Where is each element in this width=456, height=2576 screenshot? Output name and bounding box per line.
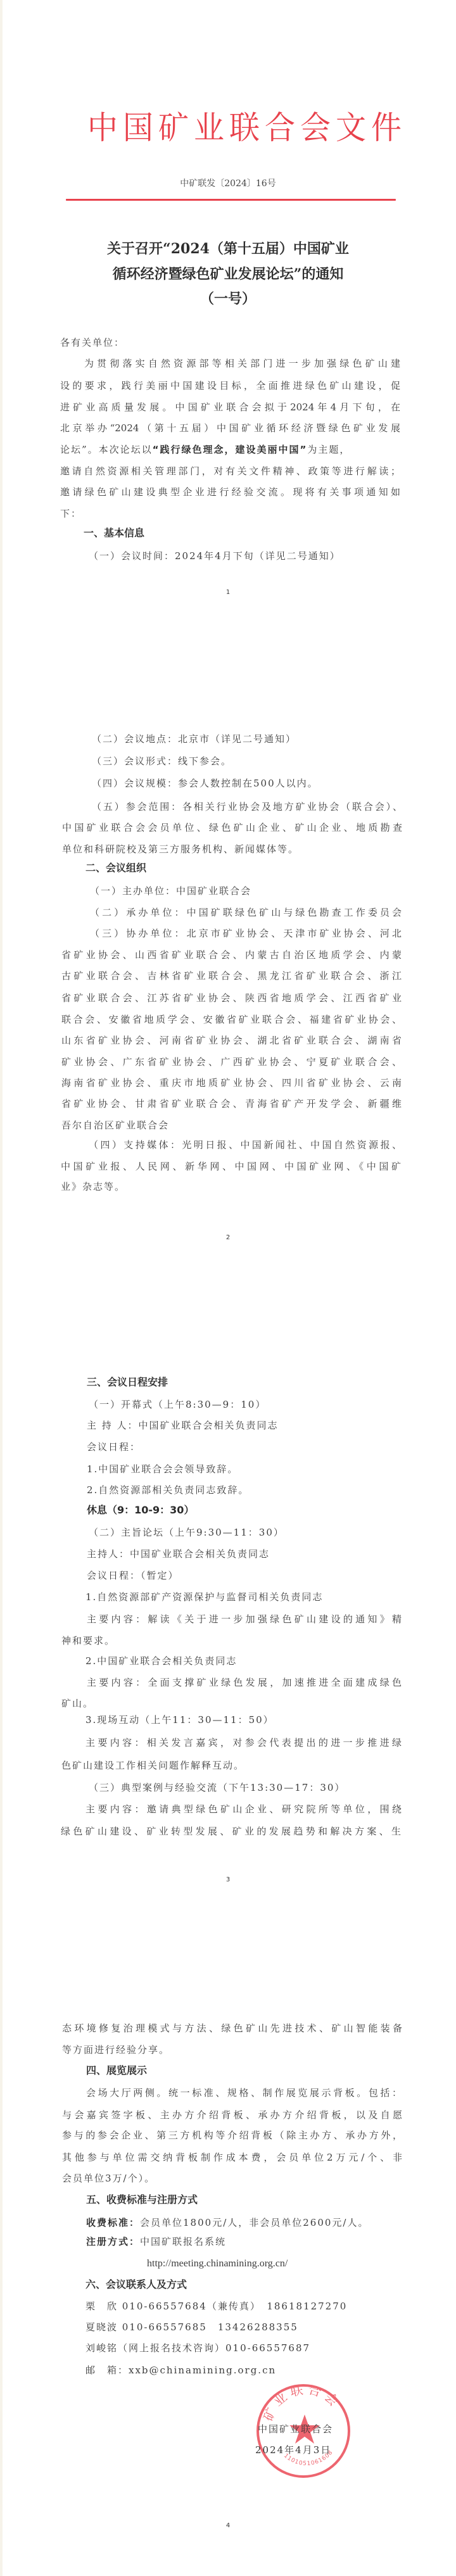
forum-theme: “践行绿色理念，建设美丽中国” [153,444,308,455]
contact-email-link[interactable]: 邮 箱：xxb@chinamining.org.cn [85,2363,276,2377]
participant-scope: （五）参会范围：各相关行业协会及地方矿业协会（联合会）、 [92,800,402,814]
document-number: 中矿联发〔2024〕16号 [0,177,456,190]
opening-agenda-label: 会议日程： [87,1440,141,1454]
case-exchange-line: 态环境修复治理模式与方法、绿色矿山先进技术、矿山智能装备 [62,2021,402,2035]
participant-scope: 中国矿业联合会会员单位、绿色矿山企业、矿山企业、地质勘查 [62,821,402,835]
fee-value: 会员单位1800元/人，非会员单位2600元/人。 [140,2217,369,2228]
intro-line: 进矿业高质量发展。中国矿业联合会拟于2024年4月下旬，在 [60,400,400,414]
salutation: 各有关单位： [60,336,125,350]
participant-scope: 单位和科研院校及第三方服务机构、新闻媒体等。 [62,842,299,856]
notice-title-line2: 循环经济暨绿色矿业发展论坛”的通知 [0,265,456,284]
co-organizer-line: 省矿业协会、甘肃省矿业联合会、青海省矿产开发学会、新疆维 [61,1097,402,1111]
notice-title-line3: （一号） [0,289,456,308]
exhibition-line: 参与的参会企业、第三方机构等介绍背板（除主办方、承办方外， [62,2128,402,2142]
section-heading-schedule: 三、会议日程安排 [87,1375,168,1389]
exhibition-line: 会员单位3万/个）。 [62,2171,155,2185]
opening-agenda-item: 1.中国矿业联合会会领导致辞。 [87,1462,238,1476]
media-line: （四）支持媒体：光明日报、中国新闻社、中国自然资源报、 [89,1138,402,1152]
keynote-item: 色矿山建设工作相关问题作解释互动。 [61,1758,244,1772]
page-number: 3 [0,1876,456,1883]
host-organization: （一）主办单位：中国矿业联合会 [90,884,251,898]
co-organizer-line: （三）协办单位：北京市矿业协会、天津市矿业协会、河北 [90,926,402,940]
meeting-scale: （四）会议规模：参会人数控制在500人以内。 [92,776,319,790]
section-heading-exhibition: 四、展览展示 [86,2064,147,2078]
fee-standard: 收费标准：会员单位1800元/人，非会员单位2600元/人。 [86,2216,369,2230]
co-organizer-line: 矿业协会、广东省矿业协会、广西矿业协会、宁夏矿业联合会、 [61,1055,402,1069]
intro-text: 为主题， [307,444,350,455]
case-exchange-line: 主要内容：邀请典型绿色矿山企业、研究院所等单位，围绕 [85,1802,402,1816]
keynote-agenda-label: 会议日程：（暂定） [87,1569,179,1582]
fee-label: 收费标准： [86,2217,140,2228]
intro-line: 邀请绿色矿山建设典型企业进行经验交流。现将有关事项通知如 [60,485,400,499]
keynote-item: 主要内容：解读《关于进一步加强绿色矿山建设的通知》精 [87,1612,402,1626]
intro-line: 下： [60,507,82,521]
case-exchange-title: （三）典型案例与经验交流（下午13:30—17：30） [89,1781,345,1795]
break-time: 休息（9：10-9：30） [87,1503,194,1517]
registration-url-link[interactable]: http://meeting.chinamining.org.cn/ [147,2257,288,2271]
co-organizer-line: 省矿业协会、山西省矿业联合会、内蒙古自治区地质学会、内蒙 [61,948,402,962]
red-divider [66,199,396,201]
keynote-item: 主要内容：相关发言嘉宾，对参会代表提出的进一步推进绿 [85,1736,402,1750]
section-heading-basic-info: 一、基本信息 [84,526,144,540]
co-organizer-line: 吾尔自治区矿业联合会 [61,1118,169,1132]
section-heading-contacts: 六、会议联系人及方式 [85,2278,187,2292]
registration-label: 注册方式： [86,2236,140,2247]
meeting-time: （一）会议时间：2024年4月下旬（详见二号通知） [89,549,341,563]
keynote-item: 神和要求。 [61,1634,115,1648]
meeting-location: （二）会议地点：北京市（详见二号通知） [92,732,296,746]
opening-agenda-item: 2.自然资源部相关负责同志致辞。 [87,1483,249,1497]
co-organizer-line: 山东省矿业协会、河南省矿业协会、湖北省矿业联合会、湖南省 [61,1033,402,1047]
keynote-item: 1.自然资源部矿产资源保护与监督司相关负责同志 [85,1590,323,1604]
intro-line: 为贯彻落实自然资源部等相关部门进一步加强绿色矿山建 [84,357,400,370]
meeting-format: （三）会议形式：线下参会。 [92,754,232,768]
exhibition-line: 与会嘉宾签字板、主办方介绍背板、承办方介绍背板，以及自愿 [62,2108,402,2122]
co-organizer-line: 古矿业联合会、吉林省矿业联合会、黑龙江省矿业联合会、浙江 [61,969,402,983]
media-line: 中国矿业报、人民网、新华网、中国网、中国矿业网、《中国矿 [61,1159,401,1173]
opening-ceremony-title: （一）开幕式（上午8:30—9：10） [89,1398,266,1411]
page-number: 2 [0,1234,456,1241]
page-edge [0,0,3,2576]
signature-org: 中国矿业联合会 [258,2422,333,2435]
exhibition-line: 其他参与单位需交纳背板制作成本费，会员单位2万元/个、非 [62,2150,402,2164]
media-line: 业》杂志等。 [61,1180,125,1194]
intro-theme-line: 论坛”。本次论坛以“践行绿色理念，建设美丽中国”为主题， [60,443,350,457]
intro-line: 设的要求，践行美丽中国建设目标，全面推进绿色矿山建设，促 [60,379,400,393]
keynote-host: 主持人：中国矿业联合会相关负责同志 [87,1547,270,1561]
registration-value: 中国矿联报名系统 [140,2236,226,2247]
intro-line: 北京举办“2024（第十五届）中国矿业循环经济暨绿色矿业发展 [60,421,400,435]
intro-line: 邀请自然资源相关管理部门，对有关文件精神、政策等进行解读； [60,464,400,478]
opening-host: 主 持 人：中国矿业联合会相关负责同志 [87,1418,279,1432]
keynote-item: 主要内容：全面支撑矿业绿色发展，加速推进全面建成绿色 [87,1676,402,1689]
co-organizer-line: 联合会、安徽省地质学会、安徽省矿业联合会、福建省矿业协会、 [61,1013,402,1026]
case-exchange-line: 等方面进行经验分享。 [62,2043,170,2057]
contact-li-xin: 栗 欣 010-66557684（兼传真） 18618127270 [85,2299,347,2313]
notice-title-line1: 关于召开“2024（第十五届）中国矿业 [0,239,456,258]
page-number: 1 [0,589,456,596]
keynote-item: 矿山。 [61,1696,94,1710]
keynote-item: 2.中国矿业联合会相关负责同志 [85,1654,237,1668]
intro-text: 论坛”。本次论坛以 [60,444,153,455]
signature-date: 2024年4月3日 [255,2443,331,2456]
co-organizer-line: 省矿业联合会、江苏省矿业协会、陕西省地质学会、江西省矿业 [61,991,402,1005]
co-organizer-line: 海南省矿业协会、重庆市地质矿业协会、四川省矿业协会、云南 [61,1076,402,1090]
section-heading-organization: 二、会议组织 [85,861,146,875]
page-number: 4 [0,2522,456,2529]
contact-xia-xiaobo: 夏晓波 010-66557685 13426288355 [85,2320,298,2334]
interaction-title: 3.现场互动（上午11：30—11：50） [85,1713,274,1727]
registration-method: 注册方式：中国矿联报名系统 [86,2235,226,2249]
section-heading-fees: 五、收费标准与注册方式 [86,2193,198,2207]
org-document-title: 中国矿业联合会文件 [87,106,385,149]
exhibition-line: 会场大厅两侧。统一标准、规格、制作展览展示背板。包括： [86,2086,402,2100]
organizer: （二）承办单位：中国矿联绿色矿山与绿色勘查工作委员会 [90,906,402,919]
contact-liu-junming: 刘峻铭（网上报名技术咨询）010-66557687 [85,2341,310,2355]
case-exchange-line: 绿色矿山建设、矿业转型发展、矿业的发展趋势和解决方案、生 [61,1824,401,1838]
keynote-forum-title: （二）主旨论坛（上午9:30—11：30） [89,1525,284,1539]
